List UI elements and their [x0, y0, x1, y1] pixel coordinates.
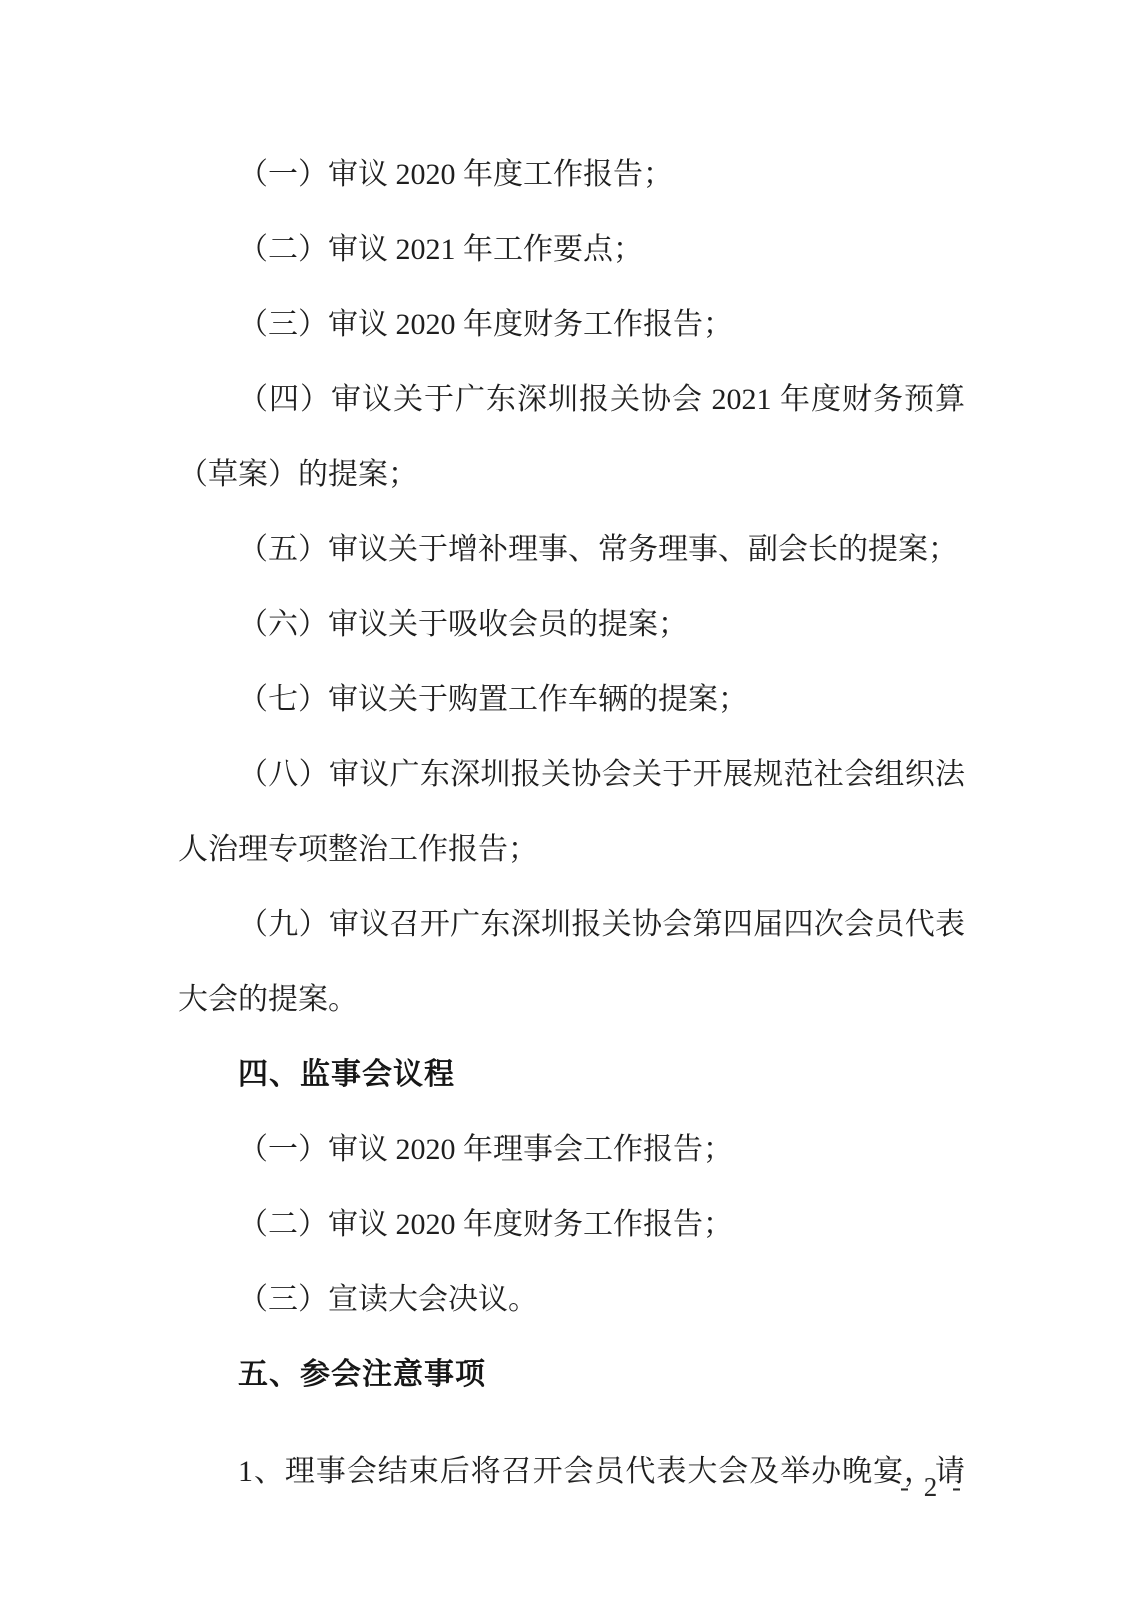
paragraph-line: （二）审议 2021 年工作要点；: [178, 212, 965, 287]
paragraph-line: （九）审议召开广东深圳报关协会第四届四次会员代表: [178, 887, 965, 962]
agenda-item-block: （八）审议广东深圳报关协会关于开展规范社会组织法人治理专项整治工作报告；: [178, 737, 965, 887]
page-number: - 2 -: [900, 1467, 965, 1507]
agenda-item-block: （二）审议 2021 年工作要点；: [178, 212, 965, 287]
agenda-item-block: （六）审议关于吸收会员的提案；: [178, 587, 965, 662]
document-page: （一）审议 2020 年度工作报告；（二）审议 2021 年工作要点；（三）审议…: [0, 0, 1131, 1600]
section-heading: 四、监事会议程: [178, 1037, 965, 1112]
paragraph-line: （二）审议 2020 年度财务工作报告；: [178, 1187, 965, 1262]
agenda-item-block: （四）审议关于广东深圳报关协会 2021 年度财务预算（草案）的提案；: [178, 362, 965, 512]
agenda-item-block: （七）审议关于购置工作车辆的提案；: [178, 662, 965, 737]
agenda-item-block: （九）审议召开广东深圳报关协会第四届四次会员代表大会的提案。: [178, 887, 965, 1037]
paragraph-line: （三）审议 2020 年度财务工作报告；: [178, 287, 965, 362]
agenda-item-block: （二）审议 2020 年度财务工作报告；: [178, 1187, 965, 1262]
document-body: （一）审议 2020 年度工作报告；（二）审议 2021 年工作要点；（三）审议…: [178, 137, 965, 1509]
agenda-item-block: （三）审议 2020 年度财务工作报告；: [178, 287, 965, 362]
section-heading-block: 五、参会注意事项: [178, 1337, 965, 1412]
paragraph-line: （四）审议关于广东深圳报关协会 2021 年度财务预算: [178, 362, 965, 437]
agenda-item-block: （一）审议 2020 年度工作报告；: [178, 137, 965, 212]
agenda-item-block: （一）审议 2020 年理事会工作报告；: [178, 1112, 965, 1187]
section-heading: 五、参会注意事项: [178, 1337, 965, 1412]
paragraph-line: 人治理专项整治工作报告；: [178, 812, 965, 887]
agenda-item-block: 1、理事会结束后将召开会员代表大会及举办晚宴，请: [178, 1434, 965, 1509]
paragraph-line: （一）审议 2020 年理事会工作报告；: [178, 1112, 965, 1187]
paragraph-line: （八）审议广东深圳报关协会关于开展规范社会组织法: [178, 737, 965, 812]
paragraph-line: （五）审议关于增补理事、常务理事、副会长的提案；: [178, 512, 965, 587]
paragraph-line: （三）宣读大会决议。: [178, 1262, 965, 1337]
paragraph-line: 大会的提案。: [178, 962, 965, 1037]
agenda-item-block: （五）审议关于增补理事、常务理事、副会长的提案；: [178, 512, 965, 587]
section-heading-block: 四、监事会议程: [178, 1037, 965, 1112]
paragraph-line: （六）审议关于吸收会员的提案；: [178, 587, 965, 662]
paragraph-line: （一）审议 2020 年度工作报告；: [178, 137, 965, 212]
paragraph-line: （七）审议关于购置工作车辆的提案；: [178, 662, 965, 737]
paragraph-line: （草案）的提案；: [178, 437, 965, 512]
paragraph-line: 1、理事会结束后将召开会员代表大会及举办晚宴，请: [178, 1434, 965, 1509]
agenda-item-block: （三）宣读大会决议。: [178, 1262, 965, 1337]
